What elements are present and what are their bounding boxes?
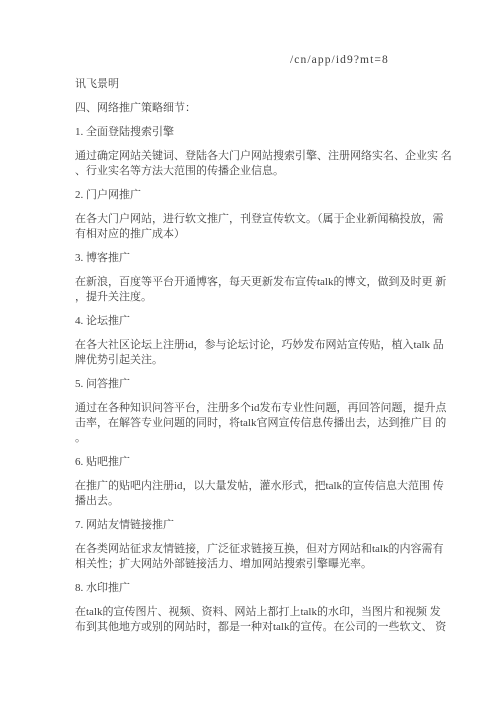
section-heading: 8. 水印推广 <box>75 581 462 596</box>
section-heading: 4. 论坛推广 <box>75 314 462 329</box>
section-7: 7. 网站友情链接推广 在各类网站征求友情链接，广泛征求链接互换，但对方网站和t… <box>75 518 462 572</box>
paragraph: 通过在各种知识问答平台，注册多个id发布专业性问题，再回答问题，提升点 击率，在… <box>75 401 462 446</box>
section-8: 8. 水印推广 在talk的宣传图片、视频、资料、网站上都打上talk的水印，当… <box>75 581 462 635</box>
paragraph: 在各类网站征求友情链接，广泛征求链接互换，但对方网站和talk的内容需有 相关性… <box>75 542 462 572</box>
paragraph-line: 在新浪，百度等平台开通博客，每天更新发布宣传talk的博文，做到及时更 新 <box>75 275 462 290</box>
app-url-path-text: /cn/app/id9?mt=8 <box>290 53 462 68</box>
section-heading: 1. 全面登陆搜索引擎 <box>75 125 462 140</box>
section-3: 3. 博客推广 在新浪，百度等平台开通博客，每天更新发布宣传talk的博文，做到… <box>75 251 462 305</box>
section-heading: 3. 博客推广 <box>75 251 462 266</box>
paragraph: 在各大门户网站，进行软文推广，刊登宣传软文。（属于企业新闻稿投放，需 有相对应的… <box>75 212 462 242</box>
section-heading: 7. 网站友情链接推广 <box>75 518 462 533</box>
section-heading: 6. 贴吧推广 <box>75 455 462 470</box>
paragraph-line: 在推广的贴吧内注册id，以大量发帖，灌水形式，把talk的宣传信息大范围 传 <box>75 479 462 494</box>
paragraph-line: 通过在各种知识问答平台，注册多个id发布专业性问题，再回答问题，提升点 <box>75 401 462 416</box>
section-heading: 2. 门户网推广 <box>75 188 462 203</box>
paragraph-line: 牌优势引起关注。 <box>75 353 462 368</box>
section-2: 2. 门户网推广 在各大门户网站，进行软文推广，刊登宣传软文。（属于企业新闻稿投… <box>75 188 462 242</box>
paragraph-line: 通过确定网站关键词、登陆各大门户网站搜索引擎、注册网络实名、企业实 名 <box>75 149 462 164</box>
paragraph-line: 击率，在解答专业问题的同时，将talk官网宣传信息传播出去，达到推广目 的 <box>75 416 462 431</box>
paragraph-line: 。 <box>75 431 462 446</box>
byline-text: 讯飞景明 <box>75 77 462 92</box>
paragraph-line: 播出去。 <box>75 494 462 509</box>
section-6: 6. 贴吧推广 在推广的贴吧内注册id，以大量发帖，灌水形式，把talk的宣传信… <box>75 455 462 509</box>
section-heading: 5. 问答推广 <box>75 377 462 392</box>
paragraph: 在talk的宣传图片、视频、资料、网站上都打上talk的水印，当图片和视频 发 … <box>75 605 462 635</box>
paragraph: 在各大社区论坛上注册id，参与论坛讨论，巧妙发布网站宣传贴，植入talk 品 牌… <box>75 338 462 368</box>
paragraph: 通过确定网站关键词、登陆各大门户网站搜索引擎、注册网络实名、企业实 名 、行业实… <box>75 149 462 179</box>
paragraph-line: 布到其他地方或别的网站时，都是一种对talk的宣传。在公司的一些软文、 资 <box>75 620 462 635</box>
paragraph-line: 在各大社区论坛上注册id，参与论坛讨论，巧妙发布网站宣传贴，植入talk 品 <box>75 338 462 353</box>
paragraph: 在新浪，百度等平台开通博客，每天更新发布宣传talk的博文，做到及时更 新 ，提… <box>75 275 462 305</box>
paragraph-line: ，提升关注度。 <box>75 290 462 305</box>
paragraph-line: 有相对应的推广成本） <box>75 227 462 242</box>
document-page: /cn/app/id9?mt=8 讯飞景明 四、网络推广策略细节： 1. 全面登… <box>0 0 500 707</box>
section-5: 5. 问答推广 通过在各种知识问答平台，注册多个id发布专业性问题，再回答问题，… <box>75 377 462 446</box>
section-4: 4. 论坛推广 在各大社区论坛上注册id，参与论坛讨论，巧妙发布网站宣传贴，植入… <box>75 314 462 368</box>
section-1: 1. 全面登陆搜索引擎 通过确定网站关键词、登陆各大门户网站搜索引擎、注册网络实… <box>75 125 462 179</box>
paragraph-line: 在talk的宣传图片、视频、资料、网站上都打上talk的水印，当图片和视频 发 <box>75 605 462 620</box>
doc-section-title: 四、网络推广策略细节： <box>75 101 462 116</box>
paragraph-line: 、行业实名等方法大范围的传播企业信息。 <box>75 164 462 179</box>
paragraph-line: 在各大门户网站，进行软文推广，刊登宣传软文。（属于企业新闻稿投放，需 <box>75 212 462 227</box>
paragraph-line: 相关性；扩大网站外部链接活力、增加网站搜索引擎曝光率。 <box>75 557 462 572</box>
paragraph: 在推广的贴吧内注册id，以大量发帖，灌水形式，把talk的宣传信息大范围 传 播… <box>75 479 462 509</box>
paragraph-line: 在各类网站征求友情链接，广泛征求链接互换，但对方网站和talk的内容需有 <box>75 542 462 557</box>
